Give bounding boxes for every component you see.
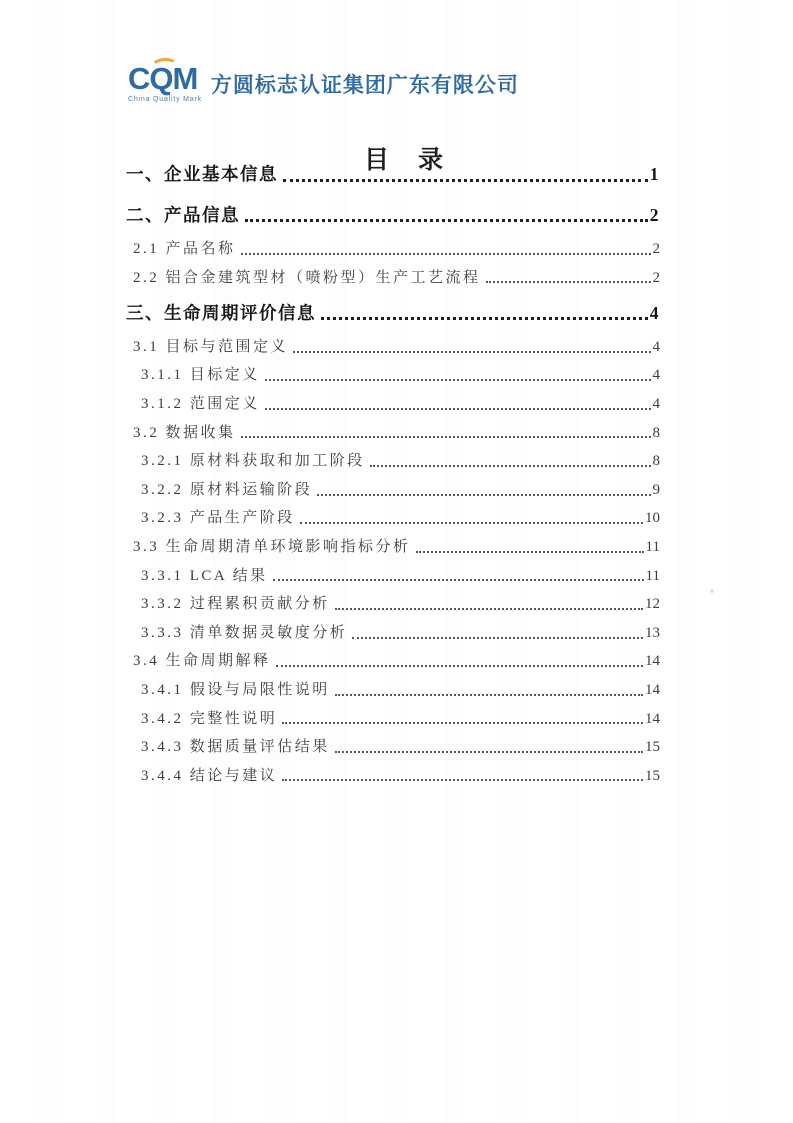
toc-entry: 3.2.2 原材料运输阶段 9 [126, 474, 660, 503]
dot-leader [416, 551, 644, 553]
toc-entry: 3.4 生命周期解释 14 [126, 646, 660, 675]
toc-entry-label: 2.1 产品名称 [133, 242, 236, 258]
toc-entry-page: 2 [653, 242, 661, 258]
toc-entry: 一、企业基本信息 1 [126, 159, 660, 188]
toc-entry-page: 14 [645, 712, 660, 728]
dot-leader [335, 751, 643, 753]
toc-entry-label: 3.4.4 结论与建议 [141, 769, 277, 785]
toc-entry: 3.3.1 LCA 结果 11 [126, 560, 660, 589]
toc-entry-page: 14 [645, 654, 660, 670]
toc-entry-label: 3.4.2 完整性说明 [141, 712, 277, 728]
toc-entry: 3.3.2 过程累积贡献分析 12 [126, 588, 660, 617]
toc-entry-label: 三、生命周期评价信息 [126, 304, 316, 322]
toc-entry-page: 11 [646, 540, 660, 556]
toc-entry: 二、产品信息 2 [126, 200, 660, 229]
scan-artifact-dot [710, 589, 714, 593]
company-name: 方圆标志认证集团广东有限公司 [211, 69, 519, 99]
dot-leader [300, 522, 643, 524]
toc-entry-label: 一、企业基本信息 [126, 165, 278, 183]
dot-leader [370, 465, 651, 467]
toc-entry-label: 3.4.3 数据质量评估结果 [141, 740, 330, 756]
toc-entry-label: 3.1 目标与范围定义 [133, 340, 288, 356]
toc-entry-page: 8 [653, 426, 661, 442]
dot-leader [486, 281, 651, 283]
toc-entry-page: 4 [653, 340, 661, 356]
dot-leader [265, 408, 651, 410]
toc-entry: 三、生命周期评价信息 4 [126, 297, 660, 326]
toc-entry-page: 2 [653, 271, 661, 287]
toc-entry-page: 10 [645, 511, 660, 527]
toc-entry-page: 15 [645, 769, 660, 785]
toc-entry-page: 13 [645, 626, 660, 642]
toc-entry: 3.1.2 范围定义 4 [126, 388, 660, 417]
toc-list: 一、企业基本信息 1 二、产品信息 2 2.1 产品名称 2 2.2 铝合金建筑… [126, 152, 660, 788]
toc-entry: 3.2.1 原材料获取和加工阶段 8 [126, 445, 660, 474]
dot-leader [282, 722, 643, 724]
toc-entry-label: 二、产品信息 [126, 206, 240, 224]
toc-entry-page: 2 [650, 206, 660, 224]
toc-entry-label: 3.1.1 目标定义 [141, 368, 260, 384]
toc-entry-page: 14 [645, 683, 660, 699]
toc-entry-page: 15 [645, 740, 660, 756]
toc-entry-label: 3.2.1 原材料获取和加工阶段 [141, 454, 365, 470]
toc-entry-page: 9 [653, 483, 661, 499]
toc-entry-label: 3.4 生命周期解释 [133, 654, 271, 670]
dot-leader [241, 253, 651, 255]
toc-entry: 3.1.1 目标定义 4 [126, 360, 660, 389]
dot-leader [273, 579, 644, 581]
dot-leader [335, 694, 643, 696]
toc-entry-page: 4 [653, 368, 661, 384]
toc-entry: 3.4.3 数据质量评估结果 15 [126, 731, 660, 760]
company-logo: CQM China Quality Mark 方圆标志认证集团广东有限公司 [128, 64, 519, 103]
cqm-logo-mark: CQM China Quality Mark [128, 64, 202, 103]
dot-leader [282, 779, 643, 781]
toc-entry-label: 3.2 数据收集 [133, 426, 236, 442]
toc-entry: 3.1 目标与范围定义 4 [126, 331, 660, 360]
toc-entry: 2.2 铝合金建筑型材（喷粉型）生产工艺流程 2 [126, 262, 660, 291]
toc-entry-label: 3.3 生命周期清单环境影响指标分析 [133, 540, 411, 556]
dot-leader [321, 317, 648, 320]
toc-entry: 3.2 数据收集 8 [126, 417, 660, 446]
toc-entry: 3.2.3 产品生产阶段 10 [126, 503, 660, 532]
toc-entry-label: 2.2 铝合金建筑型材（喷粉型）生产工艺流程 [133, 271, 481, 287]
toc-entry-page: 4 [650, 304, 660, 322]
toc-entry-label: 3.3.1 LCA 结果 [141, 569, 268, 585]
logo-tagline: China Quality Mark [128, 96, 202, 103]
toc-entry-page: 4 [653, 397, 661, 413]
dot-leader [335, 608, 643, 610]
toc-entry-label: 3.2.2 原材料运输阶段 [141, 483, 312, 499]
dot-leader [317, 494, 650, 496]
dot-leader [276, 665, 643, 667]
toc-entry: 3.3.3 清单数据灵敏度分析 13 [126, 617, 660, 646]
toc-entry-label: 3.4.1 假设与局限性说明 [141, 683, 330, 699]
toc-entry-label: 3.1.2 范围定义 [141, 397, 260, 413]
dot-leader [245, 219, 648, 222]
toc-entry-page: 8 [653, 454, 661, 470]
toc-entry: 3.4.2 完整性说明 14 [126, 703, 660, 732]
toc-entry: 3.4.4 结论与建议 15 [126, 760, 660, 789]
dot-leader [352, 637, 643, 639]
dot-leader [293, 351, 650, 353]
toc-entry-page: 12 [645, 597, 660, 613]
toc-entry-page: 11 [646, 569, 660, 585]
toc-entry: 2.1 产品名称 2 [126, 233, 660, 262]
toc-entry-page: 1 [650, 165, 660, 183]
toc-entry: 3.4.1 假设与局限性说明 14 [126, 674, 660, 703]
toc-entry-label: 3.3.3 清单数据灵敏度分析 [141, 626, 347, 642]
dot-leader [241, 436, 651, 438]
toc-entry-label: 3.2.3 产品生产阶段 [141, 511, 295, 527]
toc-entry-label: 3.3.2 过程累积贡献分析 [141, 597, 330, 613]
toc-entry: 3.3 生命周期清单环境影响指标分析 11 [126, 531, 660, 560]
dot-leader [283, 179, 648, 182]
dot-leader [265, 379, 651, 381]
